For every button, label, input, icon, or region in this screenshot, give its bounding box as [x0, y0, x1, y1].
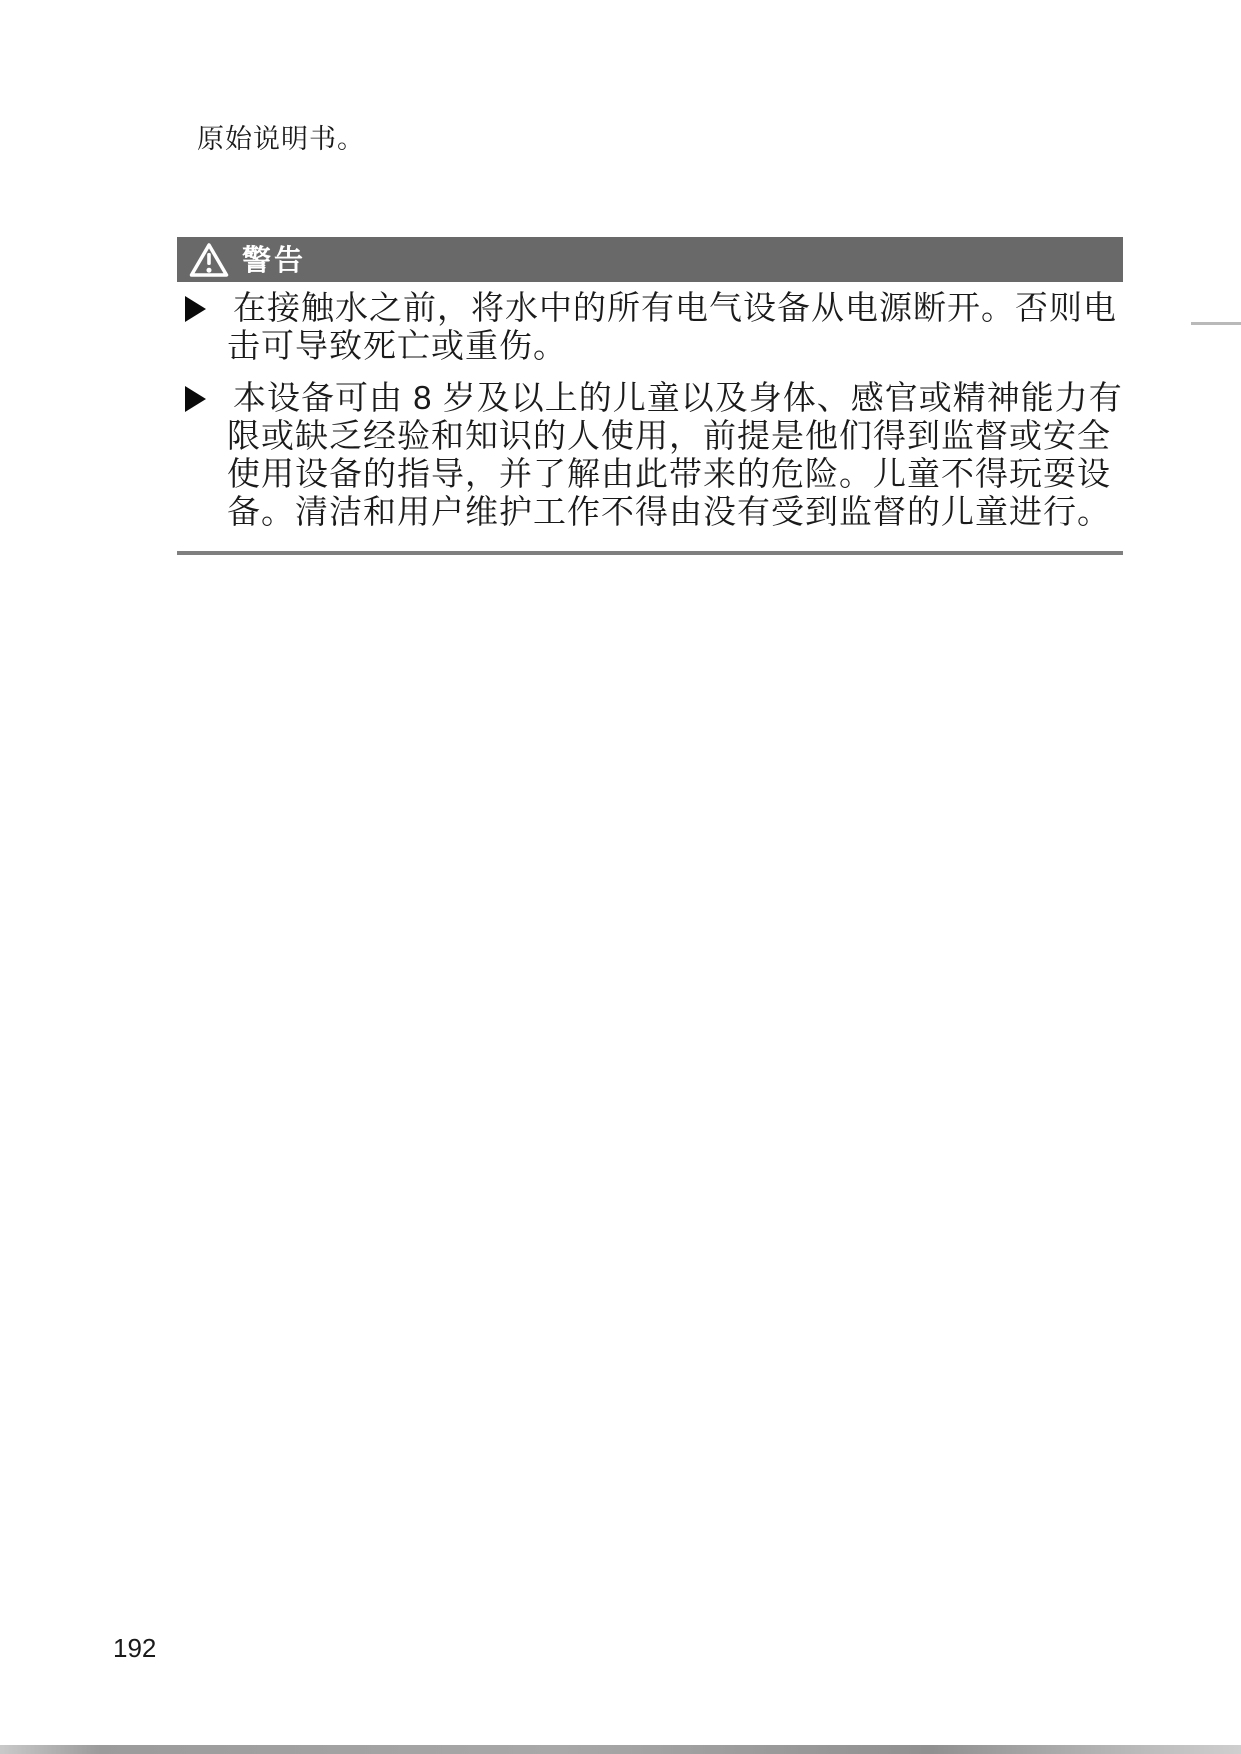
page-edge-scan-artifact [0, 1745, 1241, 1754]
warning-triangle-icon [189, 242, 229, 278]
intro-text: 原始说明书。 [197, 122, 365, 156]
document-page: 原始说明书。 警告 在接触水之前，将水中的所有电气设备从电源断开。否则电 击可导… [0, 0, 1241, 1754]
warning-item-line: 限或缺乏经验和知识的人使用，前提是他们得到监督或安全 [227, 417, 1123, 455]
warning-item: 本设备可由 8 岁及以上的儿童以及身体、感官或精神能力有 限或缺乏经验和知识的人… [177, 379, 1123, 531]
scan-artifact-line [1191, 322, 1241, 325]
page-number: 192 [113, 1633, 156, 1663]
bullet-triangle-icon [185, 386, 206, 412]
warning-title: 警告 [242, 238, 306, 281]
divider-rule [177, 551, 1123, 555]
warning-item-line: 击可导致死亡或重伤。 [227, 327, 1123, 365]
warning-header: 警告 [177, 237, 1123, 282]
warning-item-line: 本设备可由 8 岁及以上的儿童以及身体、感官或精神能力有 [227, 379, 1123, 417]
warning-item: 在接触水之前，将水中的所有电气设备从电源断开。否则电 击可导致死亡或重伤。 [177, 289, 1123, 365]
warning-list: 在接触水之前，将水中的所有电气设备从电源断开。否则电 击可导致死亡或重伤。 本设… [177, 289, 1123, 545]
warning-item-line: 备。清洁和用户维护工作不得由没有受到监督的儿童进行。 [227, 493, 1123, 531]
bullet-triangle-icon [185, 296, 206, 322]
warning-item-line: 在接触水之前，将水中的所有电气设备从电源断开。否则电 [227, 289, 1123, 327]
warning-item-line: 使用设备的指导，并了解由此带来的危险。儿童不得玩耍设 [227, 455, 1123, 493]
